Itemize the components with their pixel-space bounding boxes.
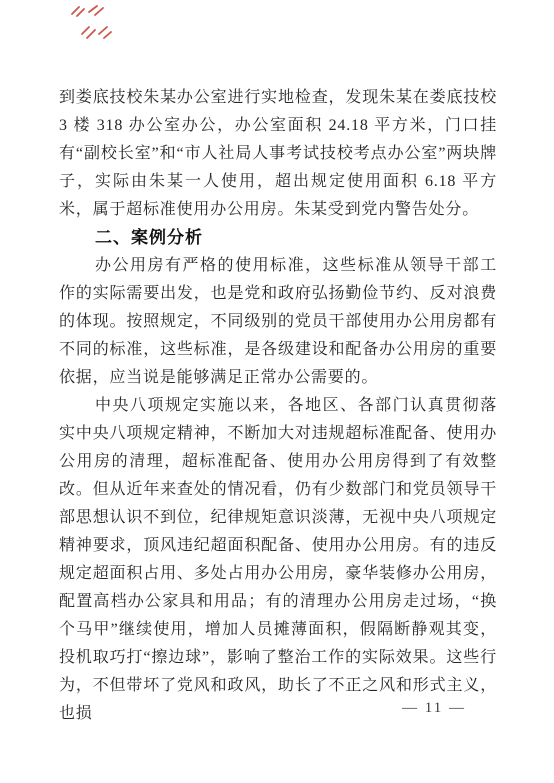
document-page: 到娄底技校朱某办公室进行实地检查，发现朱某在娄底技校 3 楼 318 办公室办公… xyxy=(0,0,554,783)
red-scribble-icon xyxy=(68,3,116,45)
page-number: — 11 — xyxy=(402,699,466,717)
red-ink-annotation-marks xyxy=(68,3,116,45)
section-heading: 二、案例分析 xyxy=(59,224,497,252)
paragraph-analysis-2: 中央八项规定实施以来，各地区、各部门认真贯彻落实中央八项规定精神，不断加大对违规… xyxy=(59,392,497,728)
paragraph-continuation: 到娄底技校朱某办公室进行实地检查，发现朱某在娄底技校 3 楼 318 办公室办公… xyxy=(59,84,497,224)
paragraph-analysis-1: 办公用房有严格的使用标准，这些标准从领导干部工作的实际需要出发，也是党和政府弘扬… xyxy=(59,252,497,392)
document-body: 到娄底技校朱某办公室进行实地检查，发现朱某在娄底技校 3 楼 318 办公室办公… xyxy=(59,84,497,728)
